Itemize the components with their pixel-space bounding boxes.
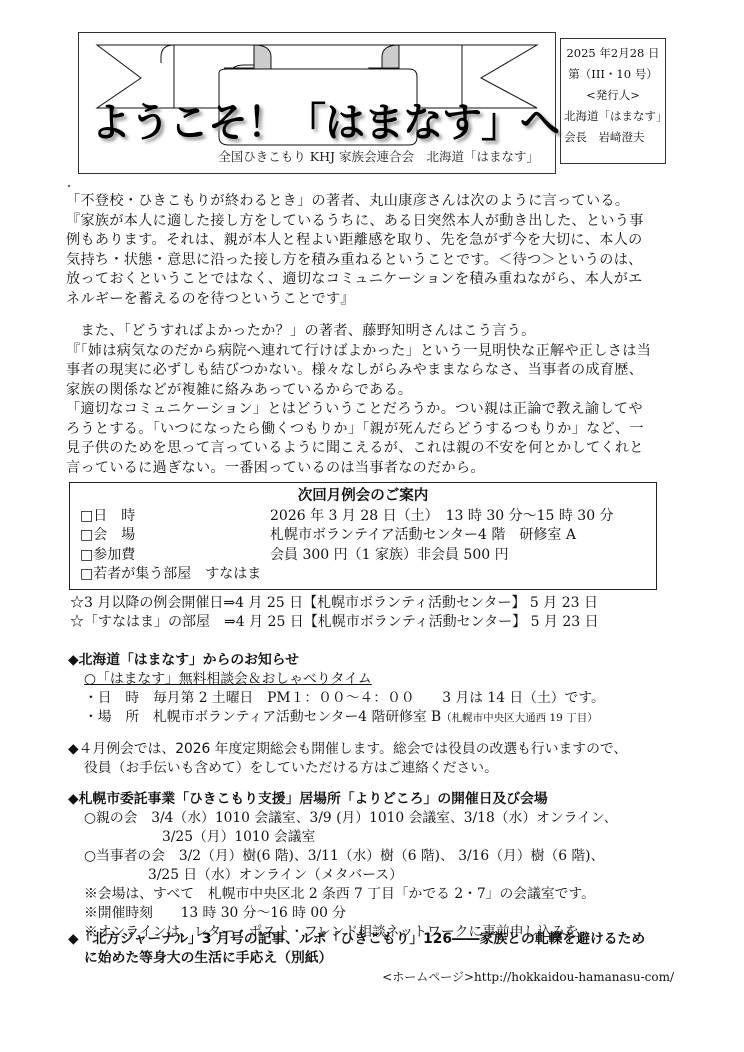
row-value: 会員 300 円（1 家族）非会員 500 円 bbox=[270, 546, 509, 566]
hamanasu-notice: ◆北海道「はまなす」からのお知らせ ○「はまなす」無料相談会＆おしゃべりタイム … bbox=[68, 651, 688, 728]
article-line: 言っているに過ぎない。一番困っているのは当事者なのだから。 bbox=[66, 459, 681, 479]
venue-note: ※会場は、すべて 札幌市中央区北 2 条西 7 丁目「かでる 2・7」の会議室で… bbox=[68, 885, 688, 904]
article-line: また、「どうすればよかったか？」の著者、藤野知明さんはこう言う。 bbox=[66, 322, 681, 342]
issue-date: 2025 年2月28 日 bbox=[564, 43, 662, 64]
article-line: 『「姉は病気なのだから病院へ連れて行けばよかった」という一見明快な正解や正しさは… bbox=[66, 342, 681, 362]
notice-line: ◆「北方ジャーナル」3 月号の記事、ルポ「ひきこもり」126――家族との軋轢を避… bbox=[68, 930, 688, 949]
article-line: 「適切なコミュニケーション」とはどういうことだろうか。つい親は正論で教え諭してや bbox=[66, 400, 681, 420]
article-line: 「不登校・ひきこもりが終わるとき」の著者、丸山康彦さんは次のように言っている。 bbox=[66, 192, 681, 212]
newsletter-header: ようこそ！「はまなす」へ 全国ひきこもり KHJ 家族会連合会 北海道「はまなす… bbox=[78, 32, 556, 174]
stray-dot bbox=[68, 185, 70, 187]
self-meeting-cont: 3/25 日（水）オンライン（メタバース） bbox=[68, 866, 688, 885]
organization-subtitle: 全国ひきこもり KHJ 家族会連合会 北海道「はまなす」 bbox=[218, 147, 539, 165]
issue-number: 第（III・10 号） bbox=[564, 64, 662, 85]
row-value: すなはま bbox=[205, 565, 261, 585]
row-value: 2026 年 3 月 28 日（土） 13 時 30 分～15 時 30 分 bbox=[270, 507, 614, 527]
article-line: ネルギーを蓄えるのを待つということです』 bbox=[66, 290, 681, 310]
journal-article-notice: ◆「北方ジャーナル」3 月号の記事、ルポ「ひきこもり」126――家族との軋轢を避… bbox=[68, 930, 688, 968]
next-meeting-title: 次回月例会のご案内 bbox=[80, 487, 646, 507]
article-maruyama: 「不登校・ひきこもりが終わるとき」の著者、丸山康彦さんは次のように言っている。 … bbox=[66, 192, 681, 309]
schedule-list: ☆3 月以降の例会開催日⇒4 月 25 日【札幌市ボランティ活動センター】 5 … bbox=[70, 594, 599, 632]
parents-meeting: ○親の会 3/4（水）1010 会議室、3/9 (月）1010 会議室、3/18… bbox=[68, 809, 688, 828]
youth-room-row: □若者が集う部屋 すなはま bbox=[80, 565, 646, 585]
consultation-place: ・場 所 札幌市ボランティア活動センター4 階研修室 B（札幌市中央区大通西 1… bbox=[68, 708, 688, 728]
row-label: □日 時 bbox=[80, 507, 270, 527]
homepage-link[interactable]: <ホームページ>http://hokkaidou-hamanasu-com/ bbox=[382, 968, 674, 985]
article-fujino: また、「どうすればよかったか？」の著者、藤野知明さんはこう言う。 『「姉は病気な… bbox=[66, 322, 681, 478]
schedule-item: ☆「すなはま」の部屋 ⇒4 月 25 日【札幌市ボランティ活動センター】 5 月… bbox=[70, 613, 599, 632]
meeting-datetime-row: □日 時 2026 年 3 月 28 日（土） 13 時 30 分～15 時 3… bbox=[80, 507, 646, 527]
issue-info-box: 2025 年2月28 日 第（III・10 号） <発行人> 北海道「はまなす」… bbox=[560, 38, 666, 164]
row-label: □若者が集う部屋 bbox=[80, 565, 191, 585]
place-note: （札幌市中央区大通西 19 丁目） bbox=[441, 712, 598, 724]
article-line: 気持ち・状態・意思に沿った接し方を積み重ねるということです。＜待つ＞というのは、 bbox=[66, 251, 681, 271]
self-meeting: ○当事者の会 3/2（月）樹(6 階)、3/11（水）樹（6 階)、 3/16（… bbox=[68, 847, 688, 866]
article-line: 『家族が本人に適した接し方をしているうちに、ある日突然本人が動き出した、という事 bbox=[66, 212, 681, 232]
article-line: 事者の現実に必ずしも結びつかない。様々なしがらみやままならなさ、当事者の成育歴、 bbox=[66, 361, 681, 381]
row-label: □参加費 bbox=[80, 546, 270, 566]
article-line: 放っておくということではなく、適切なコミュニケーションを積み重ねながら、本人がエ bbox=[66, 270, 681, 290]
notice-line: 役員（お手伝いも含めて）をしていただける方はご連絡ください。 bbox=[68, 759, 688, 778]
schedule-item: ☆3 月以降の例会開催日⇒4 月 25 日【札幌市ボランティ活動センター】 5 … bbox=[70, 594, 599, 613]
article-line: ろうとする。「いつになったら働くつもりか」「親が死んだらどうするつもりか」など、… bbox=[66, 420, 681, 440]
publisher-label: <発行人> bbox=[564, 85, 662, 106]
section-heading: ◆北海道「はまなす」からのお知らせ bbox=[68, 651, 688, 670]
row-value: 札幌市ボランテイア活動センター4 階 研修室 A bbox=[270, 526, 576, 546]
page-title: ようこそ！「はまなす」へ bbox=[91, 91, 551, 148]
publisher-org: 北海道「はまなす」 bbox=[564, 106, 662, 127]
consultation-title: ○「はまなす」無料相談会＆おしゃべりタイム bbox=[84, 671, 372, 687]
section-heading: ◆札幌市委託事業「ひきこもり支援」居場所「よりどころ」の開催日及び会場 bbox=[68, 790, 688, 809]
article-line: 家族の関係などが複雑に絡みあっているからである。 bbox=[66, 381, 681, 401]
notice-line: ◆４月例会では、2026 年度定期総会も開催します。総会では役員の改選も行います… bbox=[68, 740, 688, 759]
consultation-datetime: ・日 時 毎月第 2 土曜日 PM１：００～４：００ 3 月は 14 日（土）で… bbox=[68, 689, 688, 708]
article-line: 見子供のためを思って言っているように聞こえるが、これは親の不安を何とかしてくれと bbox=[66, 439, 681, 459]
next-meeting-box: 次回月例会のご案内 □日 時 2026 年 3 月 28 日（土） 13 時 3… bbox=[69, 482, 657, 590]
time-note: ※開催時刻 13 時 30 分～16 時 00 分 bbox=[68, 904, 688, 923]
yoridokoro-notice: ◆札幌市委託事業「ひきこもり支援」居場所「よりどころ」の開催日及び会場 ○親の会… bbox=[68, 790, 688, 942]
meeting-venue-row: □会 場 札幌市ボランテイア活動センター4 階 研修室 A bbox=[80, 526, 646, 546]
meeting-fee-row: □参加費 会員 300 円（1 家族）非会員 500 円 bbox=[80, 546, 646, 566]
place-text: ・場 所 札幌市ボランティア活動センター4 階研修室 B bbox=[84, 709, 441, 725]
row-label: □会 場 bbox=[80, 526, 270, 546]
notice-line: に始めた等身大の生活に手応え（別紙） bbox=[68, 949, 688, 968]
article-line: 例もあります。それは、親が本人と程よい距離感を取り、先を急がず今を大切に、本人の bbox=[66, 231, 681, 251]
general-meeting-notice: ◆４月例会では、2026 年度定期総会も開催します。総会では役員の改選も行います… bbox=[68, 740, 688, 778]
parents-meeting-cont: 3/25（月）1010 会議室 bbox=[68, 828, 688, 847]
publisher-chair: 会長 岩﨑澄夫 bbox=[564, 127, 662, 148]
